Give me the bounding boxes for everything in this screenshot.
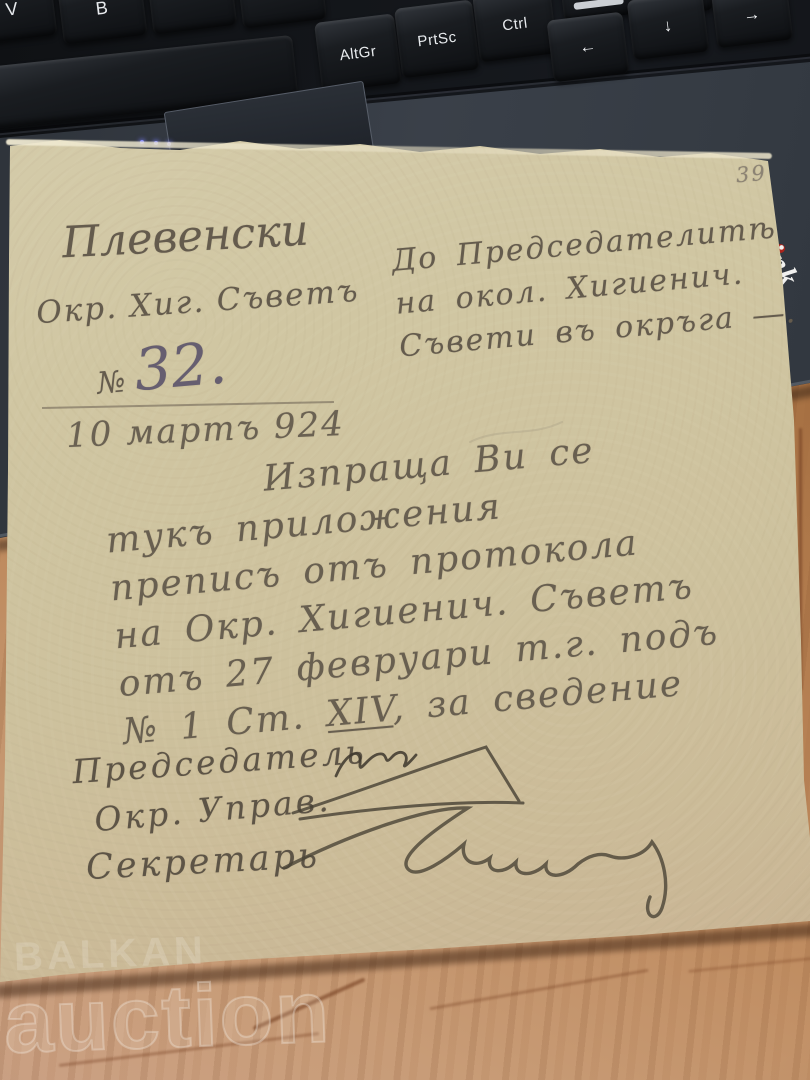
arrow-down-key: ↓ [627,0,710,60]
page-number: 39 [735,161,768,188]
doc-number-line: № 32. [93,328,229,407]
photo-scene: V B AltGr PrtSc Ctrl ← ↓ → Think 39 Плев… [0,0,810,1080]
document-number: 32. [132,328,230,404]
number-sign: № [96,364,127,401]
arrow-left-key: ← [547,12,630,83]
key-prtsc: PrtSc [394,0,480,78]
watermark-auction: auction [2,960,332,1073]
arrow-left-icon: ← [578,36,598,58]
key-ctrl: Ctrl [472,0,558,62]
arrow-right-icon: → [742,4,762,26]
doc-body: Изпраща Ви се тукъ приложения преписъ от… [100,418,725,757]
key-edge-highlight [573,0,624,10]
underlined-article-number: XIV [325,689,394,736]
arrow-down-icon: ↓ [662,16,673,37]
